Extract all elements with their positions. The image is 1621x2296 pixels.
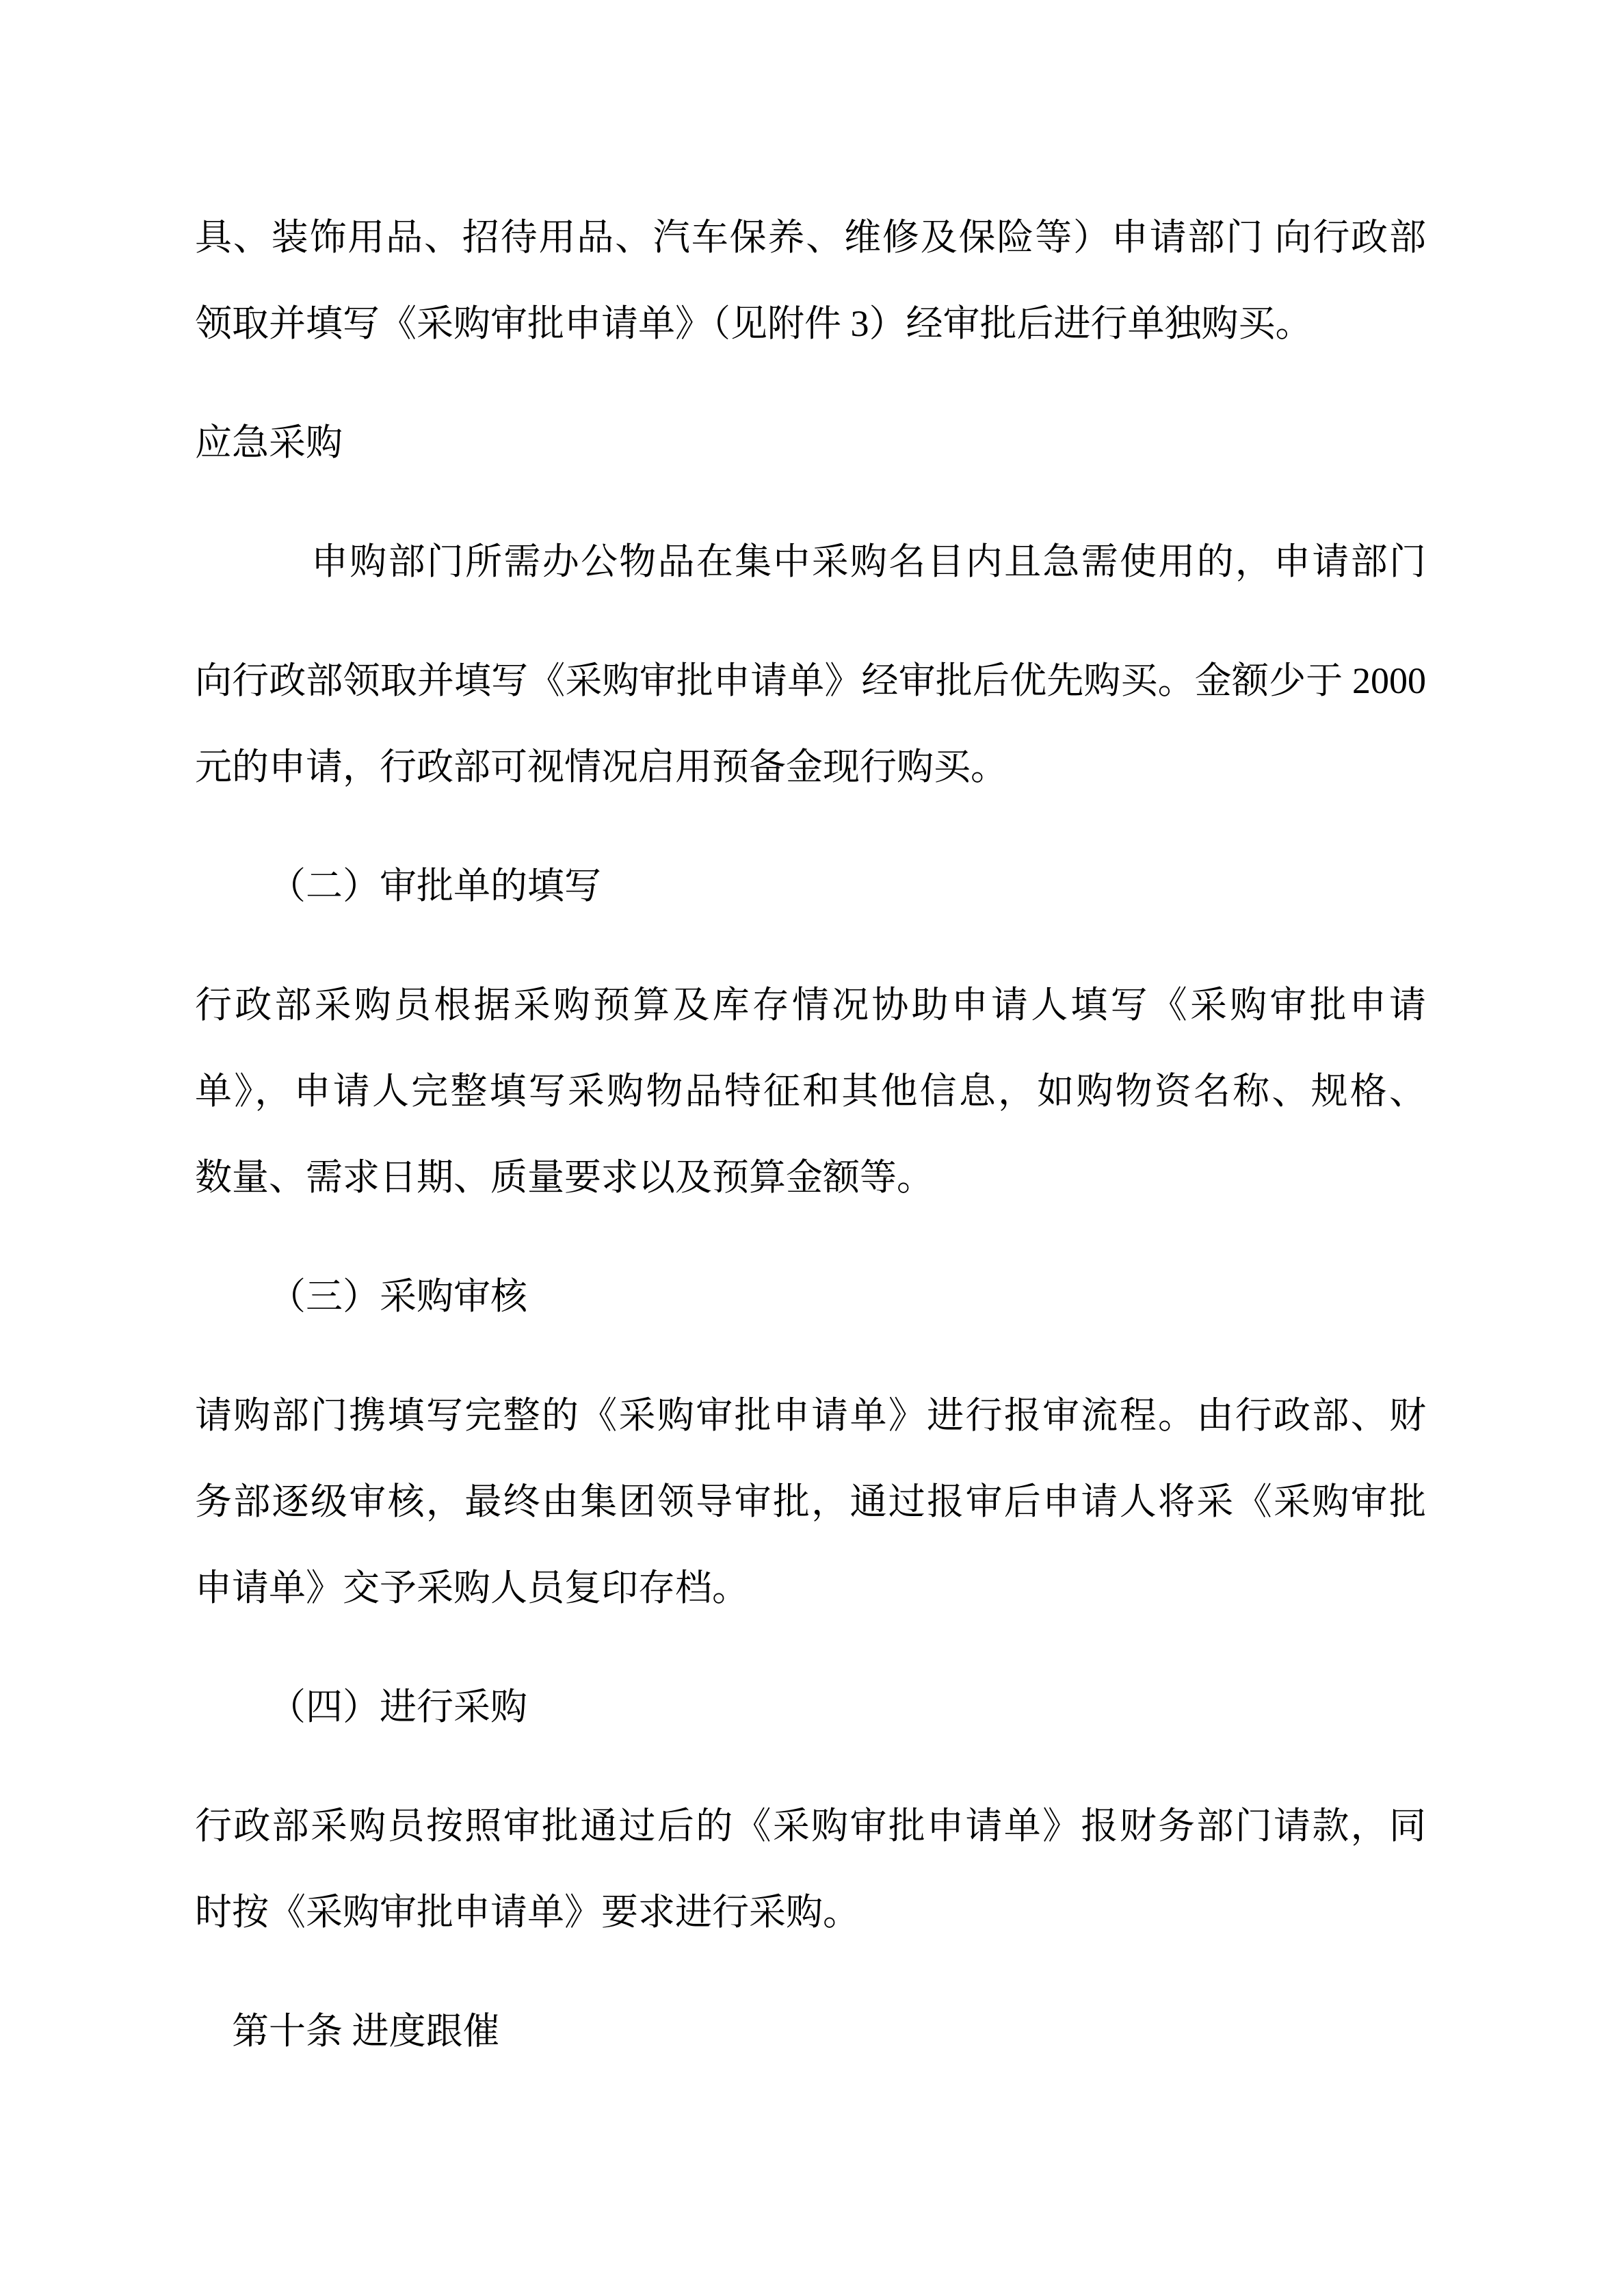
text-line: 应急采购 bbox=[195, 400, 1426, 486]
text-line: 行政部采购员根据采购预算及库存情况协助申请人填写《采购审批申请 bbox=[195, 962, 1426, 1048]
paragraph: （二）审批单的填写 bbox=[195, 843, 1426, 929]
text-line: 向行政部领取并填写《采购审批申请单》经审批后优先购买。金额少于 2000 bbox=[195, 638, 1426, 724]
paragraph: 具、装饰用品、招待用品、汽车保养、维修及保险等）申请部门 向行政部领取并填写《采… bbox=[195, 194, 1426, 367]
text-line: 请购部门携填写完整的《采购审批申请单》进行报审流程。由行政部、财 bbox=[195, 1372, 1426, 1459]
paragraph: 第十条 进度跟催 bbox=[195, 1988, 1426, 2074]
text-line: 元的申请，行政部可视情况启用预备金现行购买。 bbox=[195, 724, 1426, 810]
text-line: 务部逐级审核，最终由集团领导审批，通过报审后申请人将采《采购审批 bbox=[195, 1459, 1426, 1545]
document-body: 具、装饰用品、招待用品、汽车保养、维修及保险等）申请部门 向行政部领取并填写《采… bbox=[195, 194, 1426, 2074]
text-line: 具、装饰用品、招待用品、汽车保养、维修及保险等）申请部门 向行政部 bbox=[195, 194, 1426, 281]
paragraph: 向行政部领取并填写《采购审批申请单》经审批后优先购买。金额少于 2000元的申请… bbox=[195, 638, 1426, 810]
paragraph: 申购部门所需办公物品在集中采购名目内且急需使用的，申请部门 bbox=[195, 519, 1426, 605]
paragraph: 行政部采购员按照审批通过后的《采购审批申请单》报财务部门请款，同时按《采购审批申… bbox=[195, 1783, 1426, 1955]
document-page: 具、装饰用品、招待用品、汽车保养、维修及保险等）申请部门 向行政部领取并填写《采… bbox=[0, 0, 1621, 2296]
text-line: （二）审批单的填写 bbox=[195, 843, 1426, 929]
paragraph: （三）采购审核 bbox=[195, 1253, 1426, 1340]
text-line: （四）进行采购 bbox=[195, 1664, 1426, 1750]
paragraph: 行政部采购员根据采购预算及库存情况协助申请人填写《采购审批申请单》，申请人完整填… bbox=[195, 962, 1426, 1221]
text-line: 行政部采购员按照审批通过后的《采购审批申请单》报财务部门请款，同 bbox=[195, 1783, 1426, 1869]
text-line: 第十条 进度跟催 bbox=[195, 1988, 1426, 2074]
paragraph: 应急采购 bbox=[195, 400, 1426, 486]
text-line: 领取并填写《采购审批申请单》（见附件 3）经审批后进行单独购买。 bbox=[195, 281, 1426, 367]
paragraph: 请购部门携填写完整的《采购审批申请单》进行报审流程。由行政部、财务部逐级审核，最… bbox=[195, 1372, 1426, 1631]
text-line: （三）采购审核 bbox=[195, 1253, 1426, 1340]
text-line: 数量、需求日期、质量要求以及预算金额等。 bbox=[195, 1134, 1426, 1221]
text-line: 申请单》交予采购人员复印存档。 bbox=[195, 1545, 1426, 1631]
text-line: 单》，申请人完整填写采购物品特征和其他信息，如购物资名称、规格、 bbox=[195, 1048, 1426, 1134]
text-line: 申购部门所需办公物品在集中采购名目内且急需使用的，申请部门 bbox=[195, 519, 1426, 605]
paragraph: （四）进行采购 bbox=[195, 1664, 1426, 1750]
text-line: 时按《采购审批申请单》要求进行采购。 bbox=[195, 1869, 1426, 1955]
